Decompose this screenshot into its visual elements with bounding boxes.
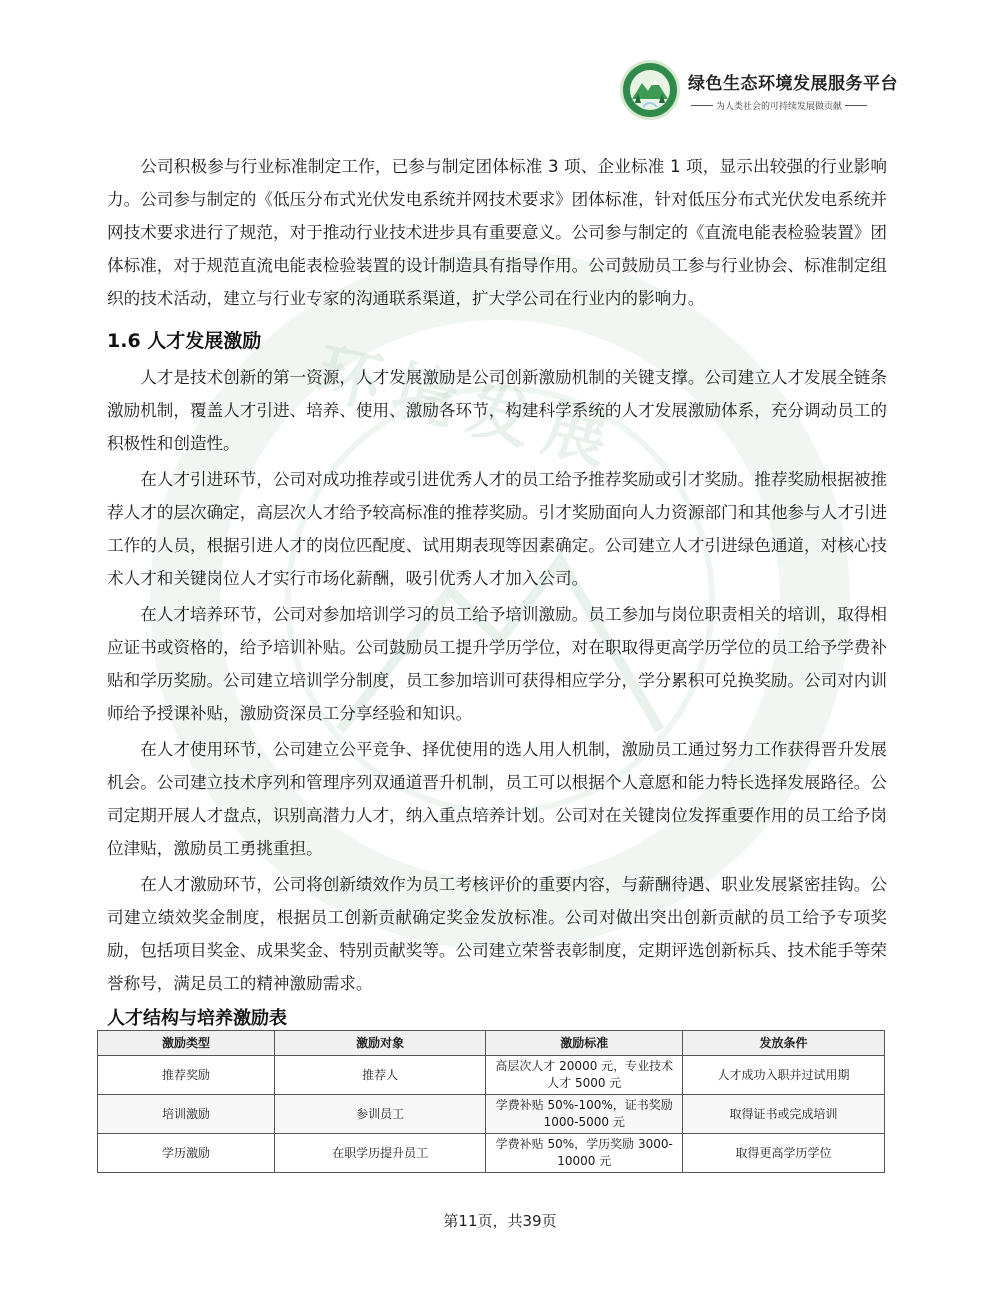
table-cell: 学费补贴 50%-100%，证书奖励 1000-5000 元 (486, 1095, 683, 1134)
paragraph-incentive: 在人才激励环节，公司将创新绩效作为员工考核评价的重要内容，与薪酬待遇、职业发展紧… (107, 868, 887, 1000)
paragraph-recruitment: 在人才引进环节，公司对成功推荐或引进优秀人才的员工给予推荐奖励或引才奖励。推荐奖… (107, 463, 887, 595)
column-header: 激励对象 (274, 1031, 486, 1056)
divider-line (691, 105, 713, 106)
page-header: 绿色生态环境发展服务平台 为人类社会的可持续发展做贡献 (620, 58, 910, 122)
table-cell: 人才成功入职并过试用期 (683, 1056, 885, 1095)
table-cell: 取得证书或完成培训 (683, 1095, 885, 1134)
table-row: 学历激励 在职学历提升员工 学费补贴 50%，学历奖励 3000-10000 元… (98, 1134, 885, 1173)
column-header: 发放条件 (683, 1031, 885, 1056)
column-header: 激励类型 (98, 1031, 275, 1056)
incentive-table: 激励类型 激励对象 激励标准 发放条件 推荐奖励 推荐人 高层次人才 20000… (97, 1030, 885, 1173)
table-cell: 培训激励 (98, 1095, 275, 1134)
brand-subtitle: 为人类社会的可持续发展做贡献 (688, 99, 898, 112)
table-cell: 推荐人 (274, 1056, 486, 1095)
brand-title: 绿色生态环境发展服务平台 (688, 69, 898, 94)
table-cell: 在职学历提升员工 (274, 1134, 486, 1173)
paragraph-overview: 人才是技术创新的第一资源，人才发展激励是公司创新激励机制的关键支撑。公司建立人才… (107, 361, 887, 460)
document-body: 公司积极参与行业标准制定工作，已参与制定团体标准 3 项、企业标准 1 项，显示… (107, 150, 887, 1038)
table-title: 人才结构与培养激励表 (107, 1006, 887, 1032)
brand-slogan: 为人类社会的可持续发展做贡献 (716, 99, 842, 112)
paragraph-training: 在人才培养环节，公司对参加培训学习的员工给予培训激励。员工参加与岗位职责相关的培… (107, 598, 887, 730)
table-cell: 推荐奖励 (98, 1056, 275, 1095)
column-header: 激励标准 (486, 1031, 683, 1056)
page-number: 第11页，共39页 (0, 1210, 1000, 1231)
platform-logo-icon (620, 60, 680, 120)
table-row: 培训激励 参训员工 学费补贴 50%-100%，证书奖励 1000-5000 元… (98, 1095, 885, 1134)
brand-block: 绿色生态环境发展服务平台 为人类社会的可持续发展做贡献 (688, 69, 898, 112)
paragraph-utilization: 在人才使用环节，公司建立公平竞争、择优使用的选人用人机制，激励员工通过努力工作获… (107, 733, 887, 865)
table-row: 推荐奖励 推荐人 高层次人才 20000 元，专业技术人才 5000 元 人才成… (98, 1056, 885, 1095)
divider-line (845, 105, 867, 106)
table-cell: 学费补贴 50%，学历奖励 3000-10000 元 (486, 1134, 683, 1173)
table-header-row: 激励类型 激励对象 激励标准 发放条件 (98, 1031, 885, 1056)
table-cell: 参训员工 (274, 1095, 486, 1134)
table-cell: 学历激励 (98, 1134, 275, 1173)
table-cell: 高层次人才 20000 元，专业技术人才 5000 元 (486, 1056, 683, 1095)
section-heading: 1.6 人才发展激励 (107, 327, 887, 355)
intro-paragraph: 公司积极参与行业标准制定工作，已参与制定团体标准 3 项、企业标准 1 项，显示… (107, 150, 887, 315)
table-cell: 取得更高学历学位 (683, 1134, 885, 1173)
